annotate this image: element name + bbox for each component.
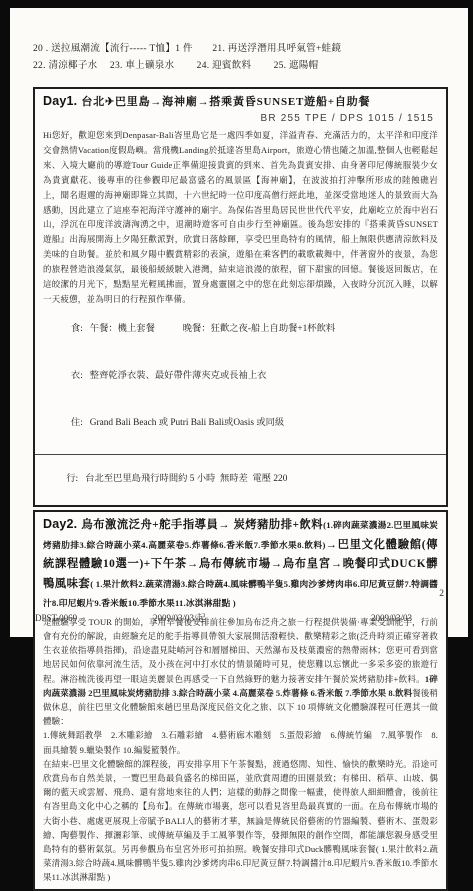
- clothing-value: 整齊乾淨衣裝、最好帶件薄夾克或長袖上衣: [90, 371, 267, 381]
- day1-description: Hi您好，歡迎您來到Denpasar-Bali峇里島它是一處四季如夏，洋溢青春、…: [43, 128, 438, 307]
- included-items-note-line2: 22. 清涼椰子水 23. 車上礦泉水 24. 迎賓飲料 25. 遮陽帽: [33, 58, 448, 75]
- valid-from-date: 2009/03/03/起: [153, 611, 371, 624]
- scan-border: 20 . 送拉風潮流【流行----- T恤】1 件 21. 再送浮潛用具呼氣管+…: [0, 0, 473, 648]
- hotel-value: Grand Bali Beach 或 Putri Bali Bali或Oasis…: [90, 418, 284, 428]
- scanned-page: 20 . 送拉風潮流【流行----- T恤】1 件 21. 再送浮潛用具呼氣管+…: [10, 8, 468, 637]
- meals-value: 午餐：機上套餐 晚餐：狂歡之夜-船上自助餐+1杯飲料: [90, 324, 335, 334]
- day1-label: Day1.: [43, 94, 77, 108]
- day2-main: Day2. 烏布激流泛舟+舵手指導員→ 炭烤豬肋排+飲料(1.碎肉蔬菜濃湯2.巴…: [35, 512, 446, 648]
- meals-label: 食:: [71, 324, 83, 334]
- day2-box: Day2. 烏布激流泛舟+舵手指導員→ 炭烤豬肋排+飲料(1.碎肉蔬菜濃湯2.巴…: [33, 510, 448, 648]
- day1-flight-info: BR 255 TPE / DPS 1015 / 1515: [43, 112, 434, 125]
- hotel-label: 住:: [71, 418, 83, 428]
- transport-label: 行:: [66, 474, 78, 484]
- page-footer: DPST-0069 2009/03/03/起 2009/03/03: [35, 611, 448, 624]
- day1-hotel-row: 住:Grand Bali Beach 或 Putri Bali Bali或Oas…: [43, 400, 438, 447]
- day1-title: 台北✈巴里島→海神廟→搭乘黃昏SUNSET遊船+自助餐: [81, 96, 370, 108]
- page-number: 2: [439, 589, 444, 599]
- included-items-note-line1: 20 . 送拉風潮流【流行----- T恤】1 件 21. 再送浮潛用具呼氣管+…: [33, 41, 448, 58]
- day2-title-part1: 烏布激流泛舟+舵手指導員→ 炭烤豬肋排+飲料: [81, 519, 323, 531]
- day1-meals-row: 食:午餐：機上套餐 晚餐：狂歡之夜-船上自助餐+1杯飲料: [43, 307, 438, 354]
- transport-value: 台北至巴里島飛行時間約 5 小時 無時差 電壓 220: [85, 474, 287, 484]
- clothing-label: 衣:: [71, 371, 83, 381]
- page-content: 20 . 送拉風潮流【流行----- T恤】1 件 21. 再送浮潛用具呼氣管+…: [10, 8, 468, 648]
- day1-box: Day1. 台北✈巴里島→海神廟→搭乘黃昏SUNSET遊船+自助餐 BR 255…: [33, 87, 448, 507]
- day1-transport-row: 行:台北至巴里島飛行時間約 5 小時 無時差 電壓 220: [35, 454, 446, 505]
- day2-title-menu2: ( 1.果汁飲料2.蔬菜清湯3.綜合時蔬4.風味髒鴨半隻5.雞肉沙爹烤肉串6.印…: [43, 579, 438, 609]
- day2-header: Day2. 烏布激流泛舟+舵手指導員→ 炭烤豬肋排+飲料(1.碎肉蔬菜濃湯2.巴…: [43, 515, 438, 613]
- document-code: DPST-0069: [35, 613, 153, 623]
- day1-header: Day1. 台北✈巴里島→海神廟→搭乘黃昏SUNSET遊船+自助餐: [43, 92, 438, 111]
- day1-main: Day1. 台北✈巴里島→海神廟→搭乘黃昏SUNSET遊船+自助餐 BR 255…: [35, 89, 446, 451]
- day2-label: Day2.: [43, 517, 77, 531]
- day1-clothing-row: 衣:整齊乾淨衣裝、最好帶件薄夾克或長袖上衣: [43, 354, 438, 401]
- print-date: 2009/03/03: [371, 613, 412, 623]
